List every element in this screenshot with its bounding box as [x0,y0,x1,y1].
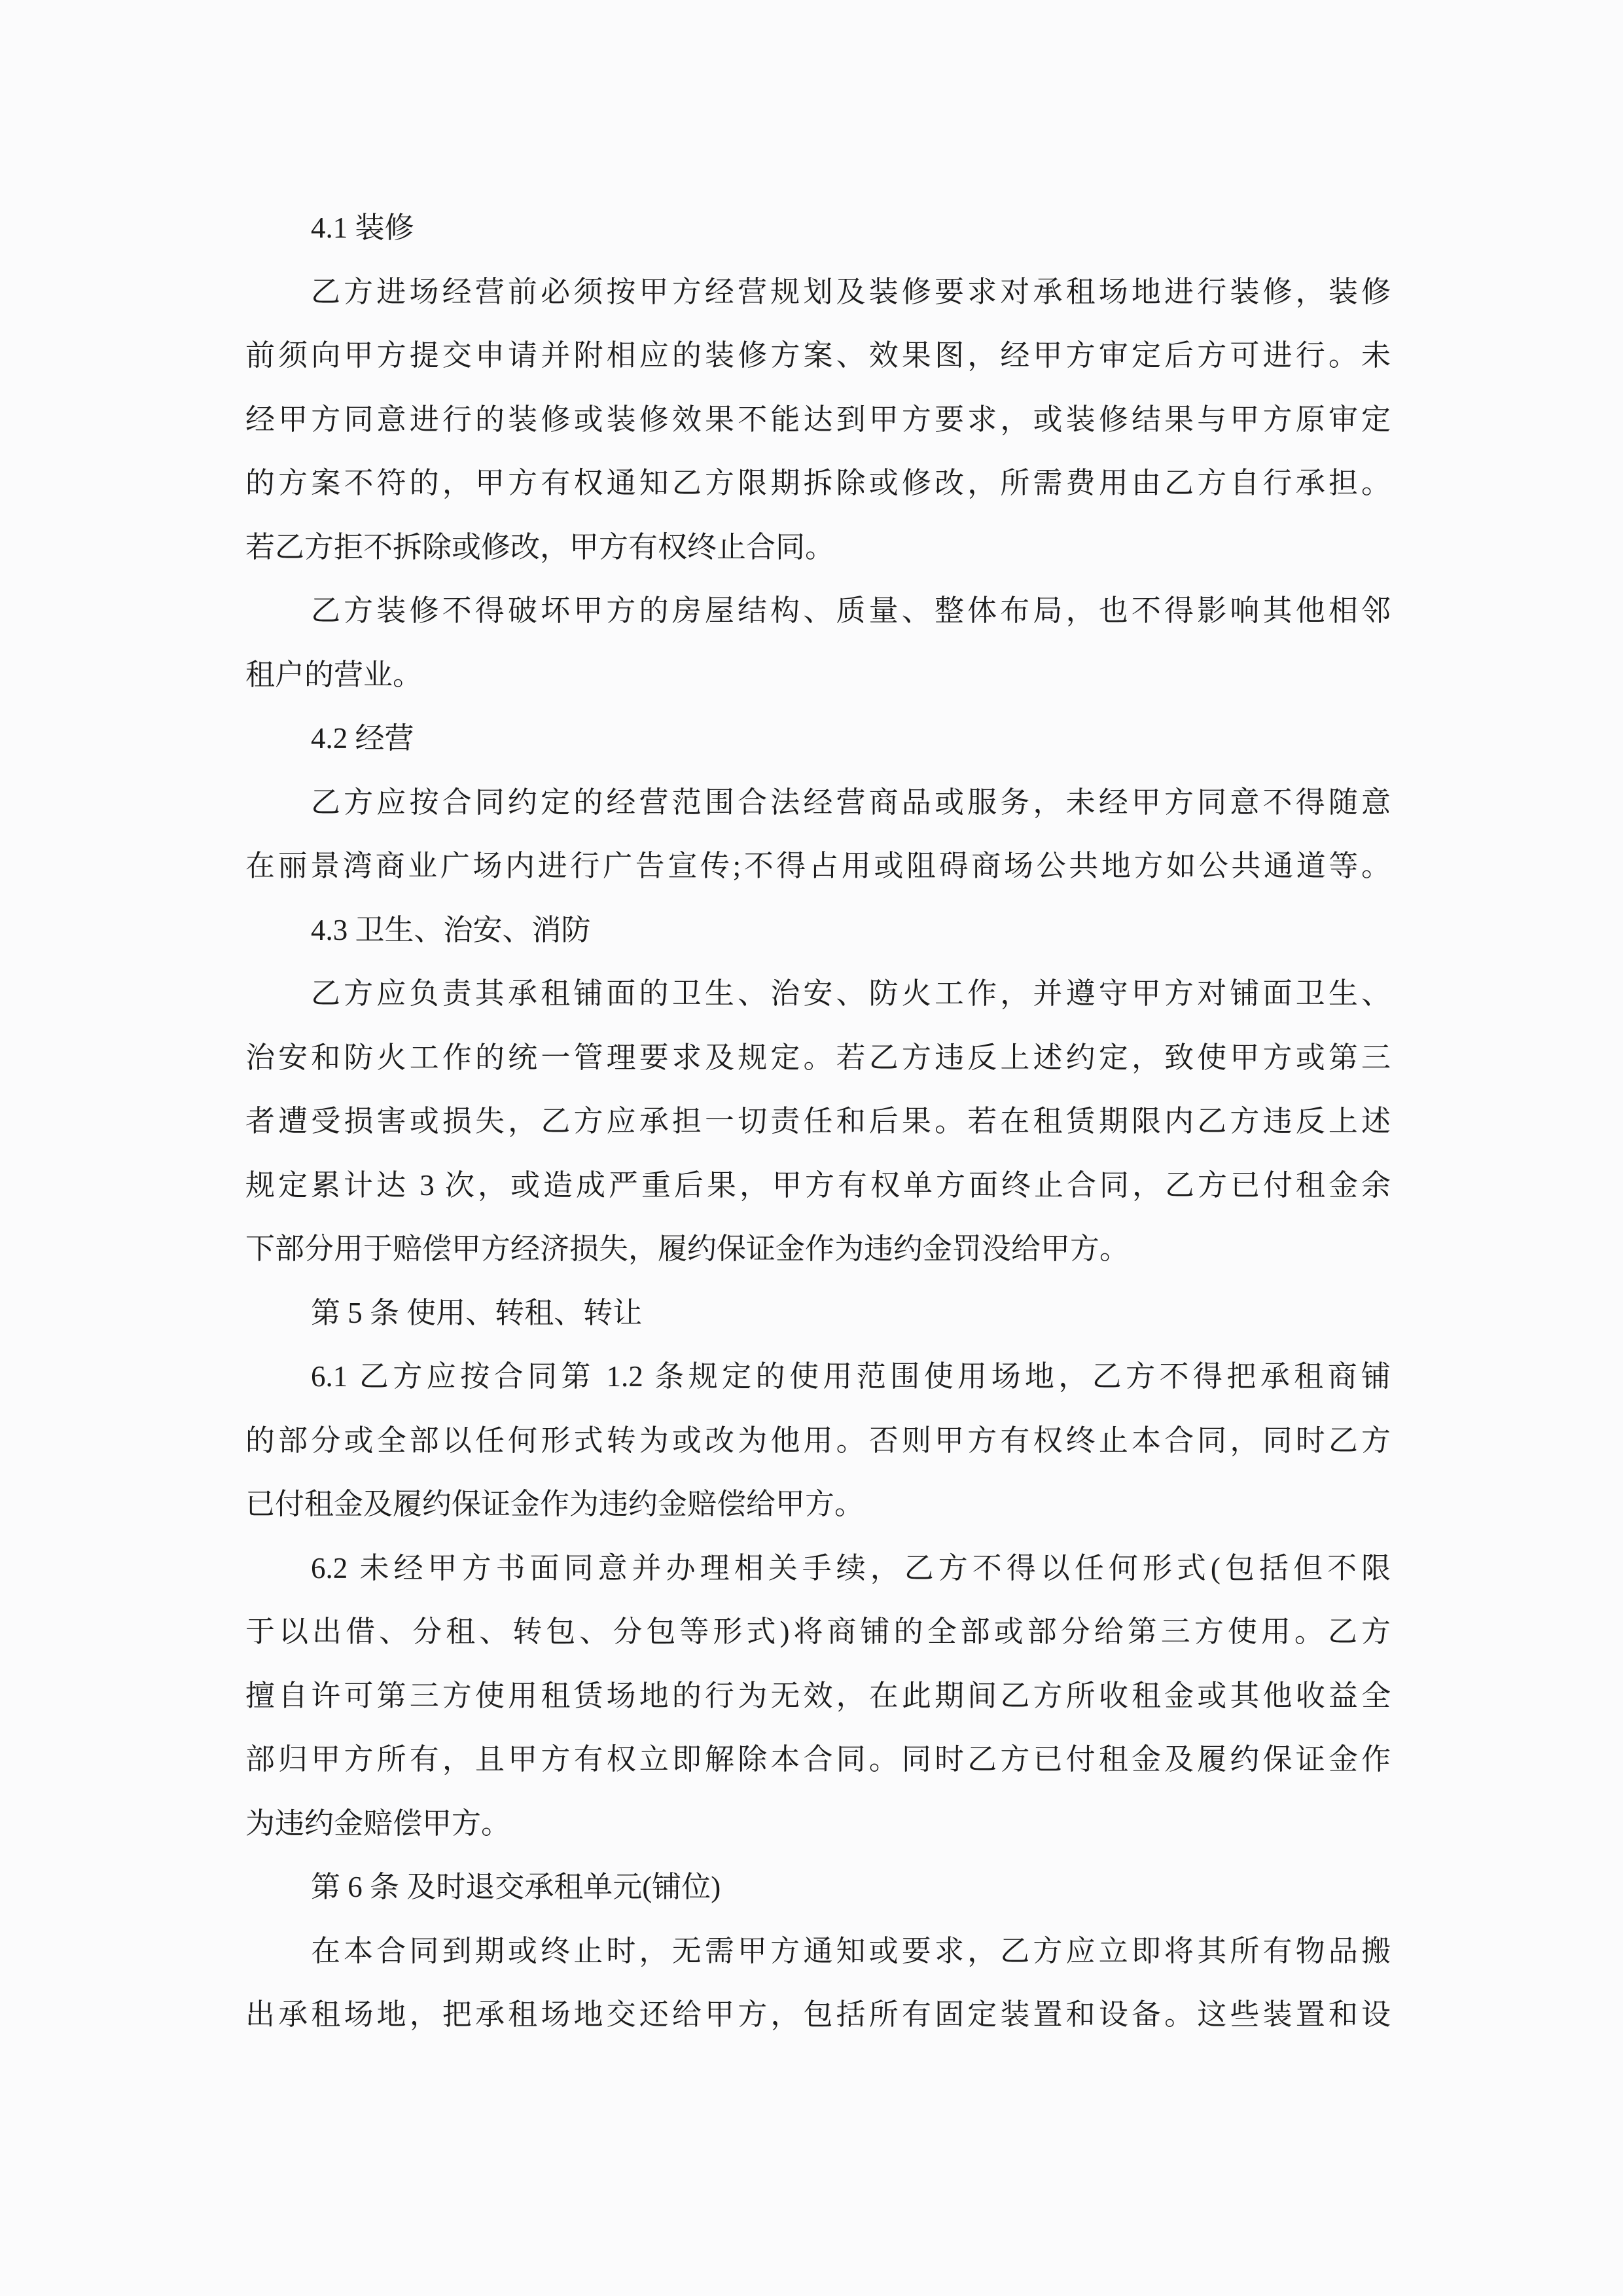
text-line: 第 6 条 及时退交承租单元(铺位) [245,1856,1391,1920]
text-line: 6.1 乙方应按合同第 1.2 条规定的使用范围使用场地，乙方不得把承租商铺 [245,1345,1391,1409]
text-line: 者遭受损害或损失，乙方应承担一切责任和后果。若在租赁期限内乙方违反上述 [245,1090,1391,1154]
text-line: 4.3 卫生、治安、消防 [245,899,1391,963]
text-line: 乙方进场经营前必须按甲方经营规划及装修要求对承租场地进行装修，装修 [245,260,1391,325]
text-line: 乙方应按合同约定的经营范围合法经营商品或服务，未经甲方同意不得随意 [245,771,1391,835]
text-line: 前须向甲方提交申请并附相应的装修方案、效果图，经甲方审定后方可进行。未 [245,324,1391,388]
text-line: 6.2 未经甲方书面同意并办理相关手续，乙方不得以任何形式(包括但不限 [245,1537,1391,1601]
text-line: 擅自许可第三方使用租赁场地的行为无效，在此期间乙方所收租金或其他收益全 [245,1664,1391,1729]
text-line: 已付租金及履约保证金作为违约金赔偿给甲方。 [245,1473,1391,1537]
text-line: 经甲方同意进行的装修或装修效果不能达到甲方要求，或装修结果与甲方原审定 [245,388,1391,452]
text-line: 在丽景湾商业广场内进行广告宣传;不得占用或阻碍商场公共地方如公共通道等。 [245,834,1391,899]
text-line: 的方案不符的，甲方有权通知乙方限期拆除或修改，所需费用由乙方自行承担。 [245,452,1391,516]
text-line: 治安和防火工作的统一管理要求及规定。若乙方违反上述约定，致使甲方或第三 [245,1026,1391,1090]
text-line: 规定累计达 3 次，或造成严重后果，甲方有权单方面终止合同，乙方已付租金余 [245,1154,1391,1218]
text-line: 在本合同到期或终止时，无需甲方通知或要求，乙方应立即将其所有物品搬 [245,1920,1391,1984]
text-line: 4.2 经营 [245,707,1391,771]
text-line: 第 5 条 使用、转租、转让 [245,1282,1391,1346]
text-line: 部归甲方所有，且甲方有权立即解除本合同。同时乙方已付租金及履约保证金作 [245,1728,1391,1792]
text-line: 乙方装修不得破坏甲方的房屋结构、质量、整体布局，也不得影响其他相邻 [245,579,1391,643]
text-line: 为违约金赔偿甲方。 [245,1792,1391,1856]
document-page: 4.1 装修乙方进场经营前必须按甲方经营规划及装修要求对承租场地进行装修，装修前… [0,0,1623,2296]
text-line: 若乙方拒不拆除或修改，甲方有权终止合同。 [245,516,1391,580]
document-body: 4.1 装修乙方进场经营前必须按甲方经营规划及装修要求对承租场地进行装修，装修前… [245,196,1391,2047]
text-line: 下部分用于赔偿甲方经济损失，履约保证金作为违约金罚没给甲方。 [245,1217,1391,1282]
text-line: 4.1 装修 [245,196,1391,260]
text-line: 租户的营业。 [245,643,1391,708]
text-line: 乙方应负责其承租铺面的卫生、治安、防火工作，并遵守甲方对铺面卫生、 [245,962,1391,1026]
text-line: 于以出借、分租、转包、分包等形式)将商铺的全部或部分给第三方使用。乙方 [245,1600,1391,1664]
text-line: 出承租场地，把承租场地交还给甲方，包括所有固定装置和设备。这些装置和设 [245,1983,1391,2047]
text-line: 的部分或全部以任何形式转为或改为他用。否则甲方有权终止本合同，同时乙方 [245,1409,1391,1473]
